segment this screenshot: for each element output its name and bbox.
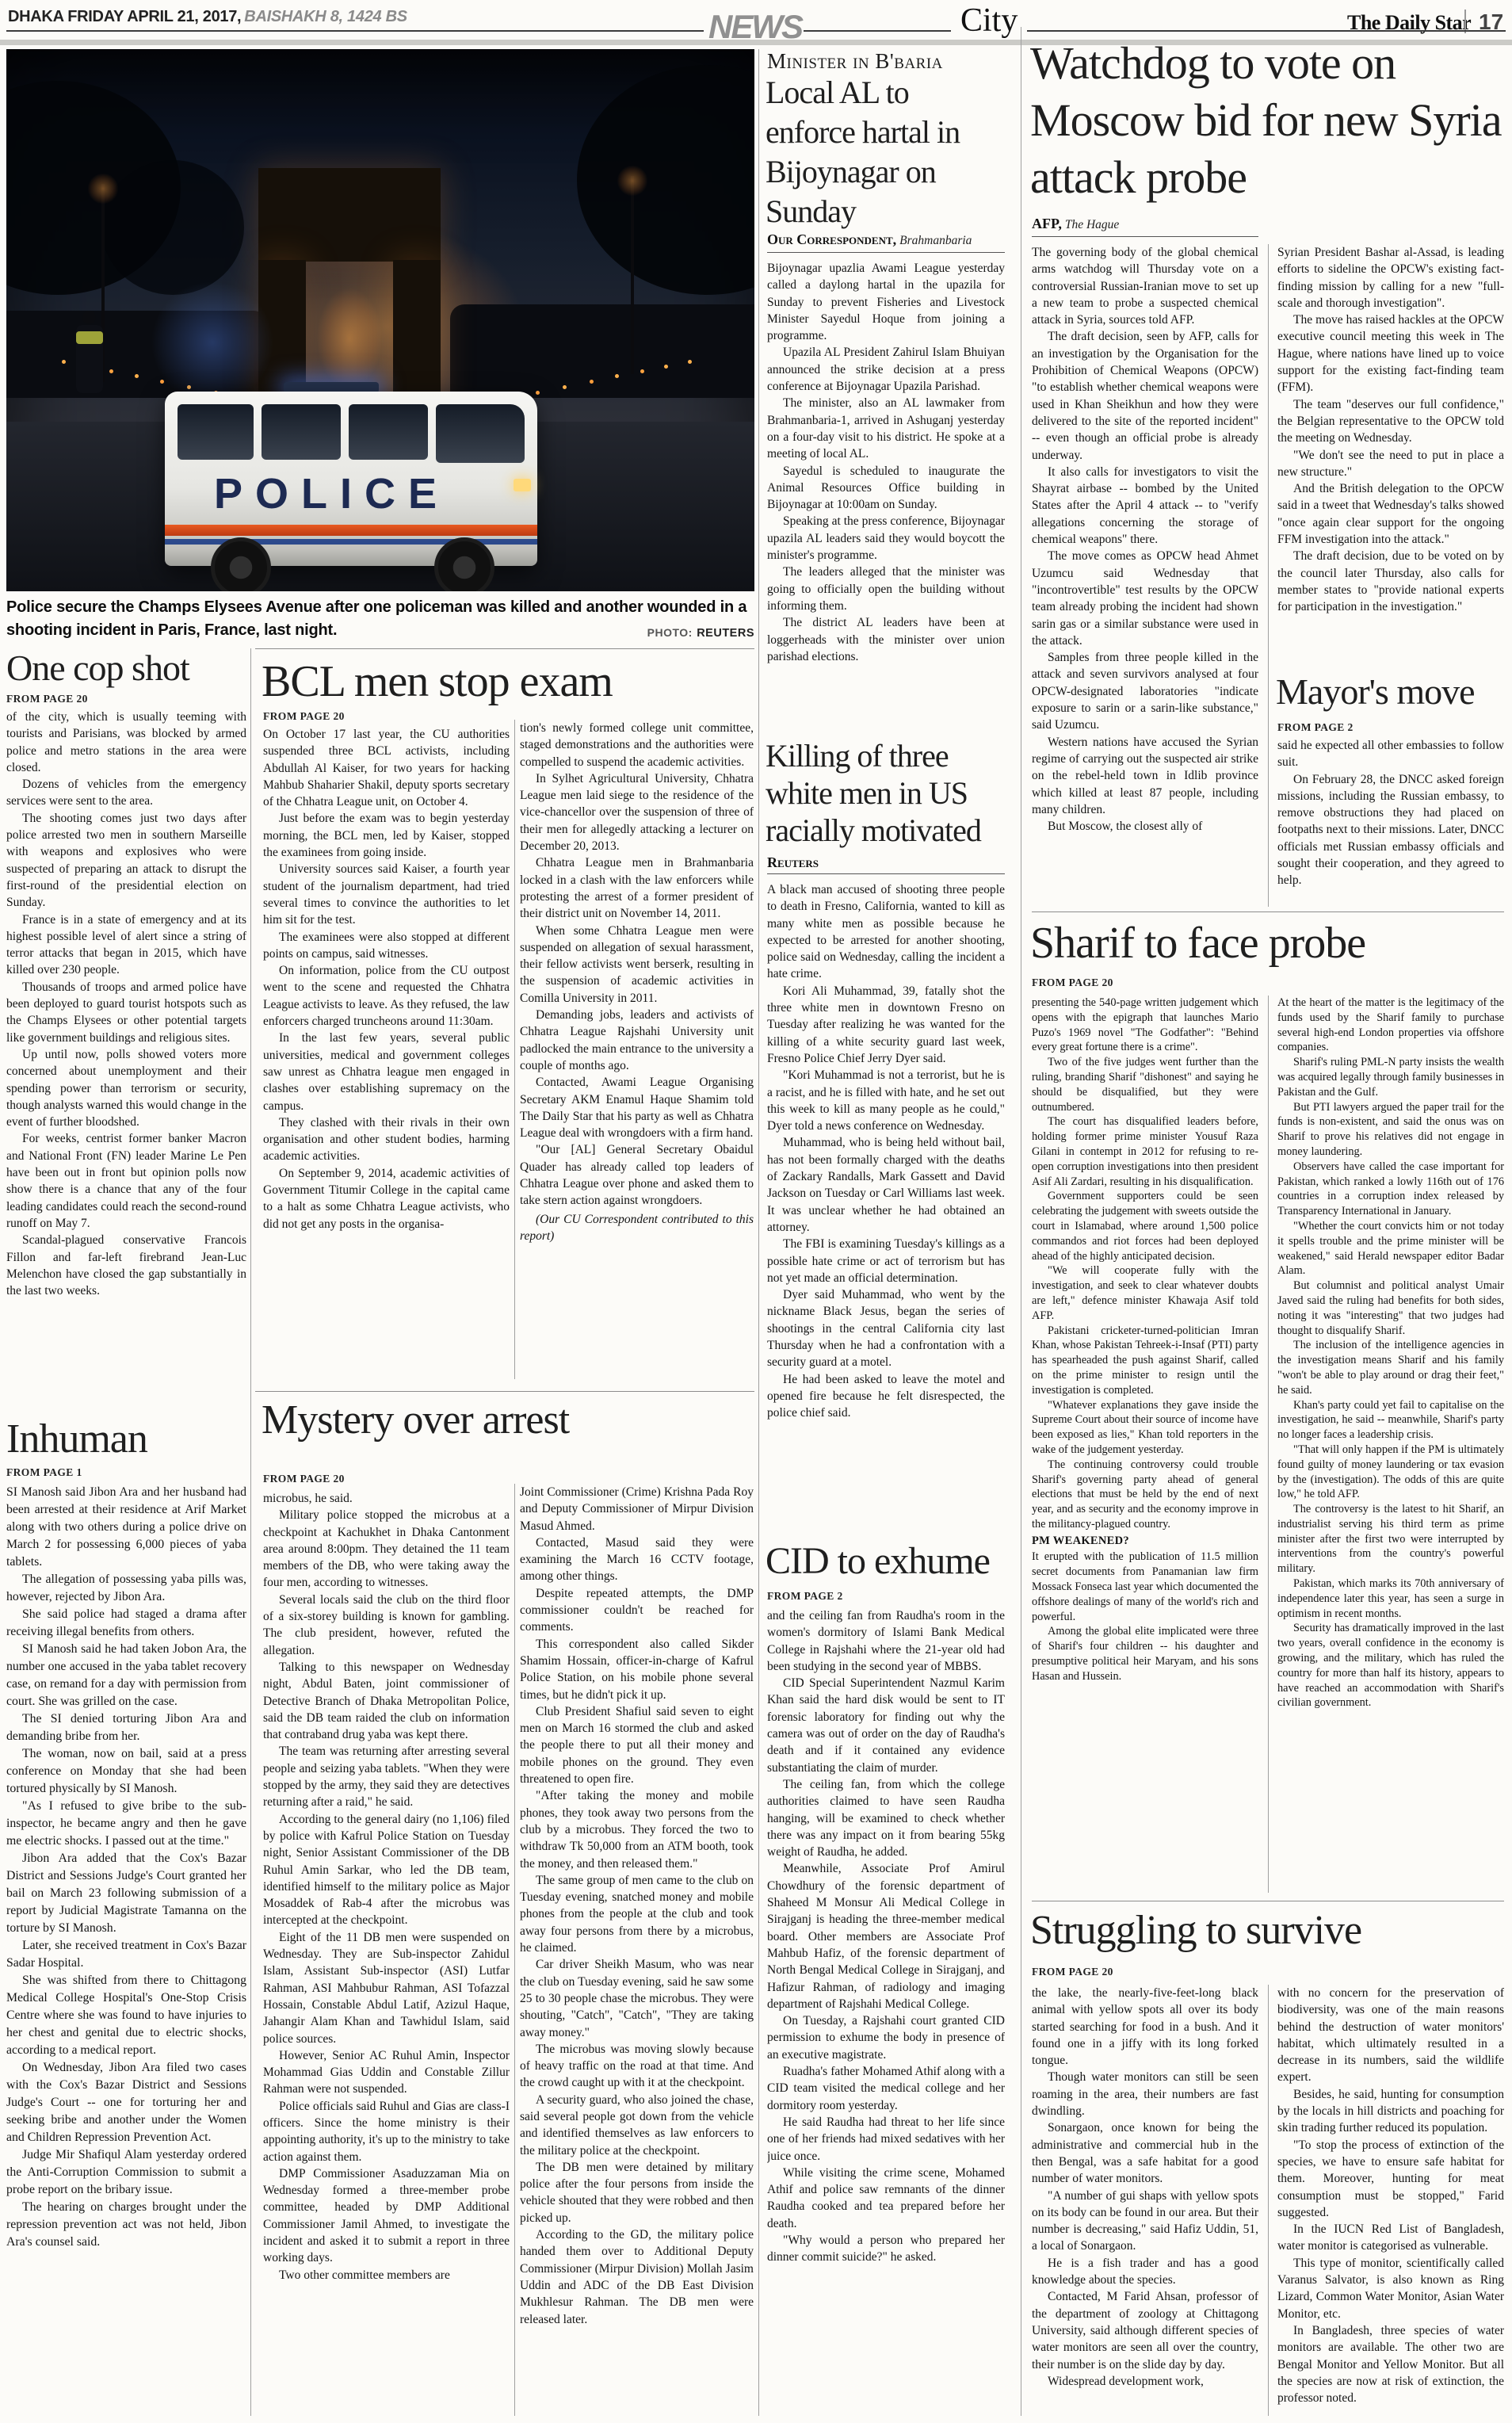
paragraph: He had been asked to leave the motel and…	[767, 1371, 1005, 1422]
lamp-light	[82, 168, 124, 209]
paragraph: Pakistani cricketer-turned-politician Im…	[1032, 1324, 1258, 1398]
from-page-label: From Page 2	[1277, 721, 1354, 734]
paragraph: She said police had staged a drama after…	[6, 1606, 246, 1641]
van-wheel	[434, 537, 494, 591]
paragraph: When some Chhatra League men were suspen…	[520, 923, 754, 1007]
arc-pillar	[393, 260, 441, 407]
paragraph: The move has raised hackles at the OPCW …	[1277, 311, 1504, 396]
paragraph: Demanding jobs, leaders and activists of…	[520, 1007, 754, 1074]
paragraph: Pakistan, which marks its 70th anniversa…	[1277, 1576, 1504, 1621]
column-rule	[758, 49, 759, 2416]
paragraph: The minister, also an AL lawmaker from B…	[767, 395, 1005, 462]
header-rule	[804, 30, 951, 32]
paragraph: Besides, he said, hunting for consumptio…	[1277, 2086, 1504, 2137]
from-page-label: From Page 20	[6, 693, 88, 705]
paragraph: Several locals said the club on the thir…	[263, 1592, 510, 1659]
paragraph: In Bangladesh, three species of water mo…	[1277, 2322, 1504, 2406]
article-headline-inhuman: Inhuman	[6, 1417, 147, 1462]
photo-caption: Police secure the Champs Elysees Avenue …	[6, 596, 754, 647]
paragraph: Contacted, M Farid Ahsan, professor of t…	[1032, 2288, 1258, 2372]
avenue-lights-right	[688, 360, 692, 364]
article-headline-bcl: BCL men stop exam	[262, 658, 613, 705]
article-body-mystery-col2: Joint Commissioner (Crime) Krishna Pada …	[520, 1484, 754, 2411]
paragraph: Muhammad, who is being held without bail…	[767, 1134, 1005, 1236]
paragraph: While visiting the crime scene, Mohamed …	[767, 2165, 1005, 2232]
paragraph: CID Special Superintendent Nazmul Karim …	[767, 1675, 1005, 1776]
article-headline-killing: Killing of three white men in US raciall…	[766, 737, 1011, 849]
paragraph: The controversy is the latest to hit Sha…	[1277, 1502, 1504, 1576]
paragraph: Scandal-plagued conservative Francois Fi…	[6, 1232, 246, 1299]
article-body-mayors-move: said he expected all other embassies to …	[1277, 737, 1504, 907]
paragraph: Military police stopped the microbus at …	[263, 1507, 510, 1591]
article-body-one-cop-shot: of the city, which is usually teeming wi…	[6, 709, 246, 1412]
paragraph: The examinees were also stopped at diffe…	[263, 929, 510, 963]
paragraph: In the last few years, several public un…	[263, 1030, 510, 1114]
paragraph: But columnist and political analyst Umai…	[1277, 1278, 1504, 1338]
photo-caption-text: Police secure the Champs Elysees Avenue …	[6, 598, 746, 639]
paragraph: Just before the exam was to begin yester…	[263, 810, 510, 861]
article-headline-mayors-move: Mayor's move	[1276, 672, 1475, 712]
paragraph: He said Raudha had threat to her life si…	[767, 2114, 1005, 2165]
paragraph: said he expected all other embassies to …	[1277, 737, 1504, 771]
credit-note: (Our CU Correspondent contributed to thi…	[520, 1211, 754, 1245]
paragraph: "Why would a person who prepared her din…	[767, 2232, 1005, 2266]
paragraph: "After taking the money and mobile phone…	[520, 1787, 754, 1871]
article-headline-watchdog: Watchdog to vote on Moscow bid for new S…	[1030, 35, 1506, 206]
divider	[255, 648, 754, 649]
paragraph: Kori Ali Muhammad, 39, fatally shot the …	[767, 983, 1005, 1067]
from-page-label: From Page 2	[767, 1590, 843, 1603]
article-body-local-al: Bijoynagar upazlia Awami League yesterda…	[767, 260, 1005, 734]
column-rule	[250, 648, 251, 2416]
article-body-inhuman: SI Manosh said Jibon Ara and her husband…	[6, 1484, 246, 2411]
paragraph: Ruadha's father Mohamed Athif along with…	[767, 2063, 1005, 2114]
paragraph: Western nations have accused the Syrian …	[1032, 734, 1258, 818]
paragraph: He is a fish trader and has a good knowl…	[1032, 2255, 1258, 2289]
header-date: DHAKA FRIDAY APRIL 21, 2017, BAISHAKH 8,…	[8, 8, 407, 26]
paragraph: In Sylhet Agricultural University, Chhat…	[520, 770, 754, 854]
van-headlight	[514, 479, 531, 491]
paragraph: Syrian President Bashar al-Assad, is lea…	[1277, 244, 1504, 311]
paragraph: Meanwhile, Associate Prof Amirul Chowdhu…	[767, 1860, 1005, 2012]
paragraph: On September 9, 2014, academic activitie…	[263, 1165, 510, 1233]
paragraph: "As I refused to give bribe to the sub-i…	[6, 1798, 246, 1850]
article-body-mystery-col1: microbus, he said.Military police stoppe…	[263, 1490, 510, 2411]
paragraph: The FBI is examining Tuesday's killings …	[767, 1236, 1005, 1286]
page-title: City	[960, 2, 1018, 40]
paragraph: The microbus was moving slowly because o…	[520, 2041, 754, 2092]
van-wheel	[211, 537, 271, 591]
paragraph: with no concern for the preservation of …	[1277, 1985, 1504, 2086]
column-rule	[1021, 27, 1021, 2416]
paragraph: The SI denied torturing Jibon Ara and de…	[6, 1710, 246, 1745]
column-rule	[514, 720, 515, 1379]
paragraph: microbus, he said.	[263, 1490, 510, 1507]
paragraph: Despite repeated attempts, the DMP commi…	[520, 1585, 754, 1636]
paragraph: Chhatra League men in Brahmanbaria locke…	[520, 854, 754, 922]
paragraph: This type of monitor, scientifically cal…	[1277, 2255, 1504, 2322]
byline: AFP, The Hague	[1032, 216, 1119, 232]
paragraph: The team was returning after arresting s…	[263, 1743, 510, 1810]
column-rule	[514, 1484, 515, 2416]
paragraph: Samples from three people killed in the …	[1032, 649, 1258, 733]
paragraph: The team "deserves our full confidence,"…	[1277, 396, 1504, 447]
photo-skyline	[450, 304, 754, 398]
paragraph: It also calls for investigators to visit…	[1032, 464, 1258, 548]
paragraph: Eight of the 11 DB men were suspended on…	[263, 1929, 510, 2047]
article-body-sharif-col1: presenting the 540-page written judgemen…	[1032, 996, 1258, 1893]
header-rule	[1027, 30, 1506, 32]
paragraph: On February 28, the DNCC asked foreign m…	[1277, 771, 1504, 889]
column-rule	[1268, 1985, 1269, 2416]
photo-credit: PHOTO: REUTERS	[647, 621, 754, 645]
paragraph: In the IUCN Red List of Bangladesh, wate…	[1277, 2221, 1504, 2255]
paragraph: "Whatever explanations they gave inside …	[1032, 1398, 1258, 1458]
paragraph: "To stop the process of extinction of th…	[1277, 2137, 1504, 2221]
article-headline-cid: CID to exhume	[766, 1541, 990, 1582]
from-page-label: From Page 1	[6, 1466, 82, 1479]
paragraph: Club President Shafiul said seven to eig…	[520, 1703, 754, 1787]
paragraph: The hearing on charges brought under the…	[6, 2199, 246, 2251]
header-rule	[6, 30, 704, 32]
paragraph: On information, police from the CU outpo…	[263, 962, 510, 1030]
from-page-label: From Page 20	[263, 710, 345, 723]
divider	[255, 1391, 754, 1392]
article-body-cid: and the ceiling fan from Raudha's room i…	[767, 1607, 1005, 2411]
article-headline-struggling: Struggling to survive	[1030, 1909, 1361, 1953]
paragraph: The draft decision, due to be voted on b…	[1277, 548, 1504, 615]
paragraph: They clashed with their rivals in their …	[263, 1114, 510, 1165]
paragraph: At the heart of the matter is the legiti…	[1277, 996, 1504, 1055]
paragraph: Talking to this newspaper on Wednesday n…	[263, 1659, 510, 1743]
paragraph: On October 17 last year, the CU authorit…	[263, 726, 510, 810]
paragraph: Though water monitors can still be seen …	[1032, 2069, 1258, 2119]
paragraph: Contacted, Awami League Organising Secre…	[520, 1074, 754, 1141]
paragraph: Car driver Sheikh Masum, who was near th…	[520, 1956, 754, 2040]
paragraph: Bijoynagar upazlia Awami League yesterda…	[767, 260, 1005, 344]
paragraph: The shooting comes just two days after p…	[6, 810, 246, 911]
article-kicker: Minister in B'baria	[767, 49, 943, 74]
article-body-killing: A black man accused of shooting three pe…	[767, 881, 1005, 1536]
avenue-lights-left	[62, 360, 66, 364]
paragraph: The same group of men came to the club o…	[520, 1872, 754, 1956]
divider	[1032, 1901, 1504, 1901]
paragraph: This correspondent also called Sikder Sh…	[520, 1636, 754, 1703]
arc-de-triomphe	[258, 168, 441, 262]
paragraph: Speaking at the press conference, Bijoyn…	[767, 513, 1005, 564]
article-body-bcl-col1: On October 17 last year, the CU authorit…	[263, 726, 510, 1378]
paragraph: Joint Commissioner (Crime) Krishna Pada …	[520, 1484, 754, 1534]
paragraph: The continuing controversy could trouble…	[1032, 1458, 1258, 1532]
paragraph: The leaders alleged that the minister wa…	[767, 564, 1005, 614]
paragraph: SI Manosh said he had taken Jobon Ara, t…	[6, 1641, 246, 1710]
paragraph: "Whether the court convicts him or not t…	[1277, 1219, 1504, 1278]
paragraph: Jibon Ara added that the Cox's Bazar Dis…	[6, 1850, 246, 1937]
paragraph: The ceiling fan, from which the college …	[767, 1776, 1005, 1860]
paragraph: But PTI lawyers argued the paper trail f…	[1277, 1100, 1504, 1160]
byline-rule	[767, 252, 1005, 253]
paragraph: The governing body of the global chemica…	[1032, 244, 1258, 328]
paragraph: A black man accused of shooting three pe…	[767, 881, 1005, 983]
van-red-stripe	[165, 525, 537, 536]
column-rule	[1268, 996, 1269, 1893]
paragraph: However, Senior AC Ruhul Amin, Inspector…	[263, 2047, 510, 2098]
paragraph: And the British delegation to the OPCW s…	[1277, 480, 1504, 548]
article-body-struggling-col2: with no concern for the preservation of …	[1277, 1985, 1504, 2416]
from-page-label: From Page 20	[1032, 1966, 1113, 1978]
paragraph: SI Manosh said Jibon Ara and her husband…	[6, 1484, 246, 1571]
paragraph: Sayedul is scheduled to inaugurate the A…	[767, 463, 1005, 514]
paragraph: Later, she received treatment in Cox's B…	[6, 1937, 246, 1972]
paragraph: Government supporters could be seen cele…	[1032, 1189, 1258, 1263]
paragraph: "We will cooperate fully with the invest…	[1032, 1263, 1258, 1323]
paragraph: It erupted with the publication of 11.5 …	[1032, 1550, 1258, 1624]
newspaper-page: DHAKA FRIDAY APRIL 21, 2017, BAISHAKH 8,…	[0, 0, 1512, 2423]
article-headline-one-cop-shot: One cop shot	[6, 648, 189, 688]
paragraph: Police officials said Ruhul and Gias are…	[263, 2098, 510, 2165]
police-officer-vest	[76, 331, 103, 344]
police-officer	[82, 311, 96, 324]
van-window	[349, 404, 428, 460]
paragraph: Two of the five judges went further than…	[1032, 1055, 1258, 1114]
paragraph: For weeks, centrist former banker Macron…	[6, 1130, 246, 1232]
article-body-watchdog-col2: Syrian President Bashar al-Assad, is lea…	[1277, 244, 1504, 667]
article-body-struggling-col1: the lake, the nearly-five-feet-long blac…	[1032, 1985, 1258, 2416]
byline-rule	[1032, 236, 1258, 237]
paragraph: Khan's party could yet fail to capitalis…	[1277, 1398, 1504, 1443]
paragraph: "Kori Muhammad is not a terrorist, but h…	[767, 1067, 1005, 1134]
paragraph: Judge Mir Shafiqul Alam yesterday ordere…	[6, 2146, 246, 2199]
paragraph: Upazila AL President Zahirul Islam Bhuiy…	[767, 344, 1005, 395]
paragraph: According to the general dairy (no 1,106…	[263, 1811, 510, 1929]
paragraph: Widespread development work,	[1032, 2373, 1258, 2390]
paragraph: "We don't see the need to put in place a…	[1277, 447, 1504, 481]
news-photo: POLICE	[6, 49, 754, 591]
article-headline-sharif: Sharif to face probe	[1030, 919, 1365, 967]
paragraph: Up until now, polls showed voters more c…	[6, 1046, 246, 1130]
paragraph: Contacted, Masud said they were examinin…	[520, 1534, 754, 1585]
paragraph: Sonargaon, once known for being the admi…	[1032, 2119, 1258, 2187]
van-police-text: POLICE	[214, 469, 449, 518]
byline-rule	[767, 873, 1005, 874]
article-subhead: PM WEAKENED?	[1032, 1534, 1258, 1549]
from-page-label: From Page 20	[1032, 976, 1113, 989]
paragraph: A security guard, who also joined the ch…	[520, 2092, 754, 2159]
paragraph: Dyer said Muhammad, who went by the nick…	[767, 1286, 1005, 1370]
paragraph: Two other committee members are	[263, 2267, 510, 2284]
van-window	[178, 404, 254, 460]
paragraph: tion's newly formed college unit committ…	[520, 720, 754, 770]
column-rule	[1268, 244, 1269, 907]
paragraph: According to the GD, the military police…	[520, 2226, 754, 2328]
paragraph: The inclusion of the intelligence agenci…	[1277, 1338, 1504, 1397]
paragraph: "That will only happen if the PM is ulti…	[1277, 1443, 1504, 1502]
byline: Our Correspondent, Brahmanbaria	[767, 231, 972, 248]
paragraph: Among the global elite implicated were t…	[1032, 1624, 1258, 1683]
police-van: POLICE	[165, 392, 537, 566]
date-text: DHAKA FRIDAY APRIL 21, 2017,	[8, 8, 241, 25]
paragraph: The woman, now on bail, said at a press …	[6, 1745, 246, 1798]
paragraph: The move comes as OPCW head Ahmet Uzumcu…	[1032, 548, 1258, 649]
paragraph: Thousands of troops and armed police hav…	[6, 979, 246, 1046]
paragraph: The DB men were detained by military pol…	[520, 2159, 754, 2226]
paragraph: The draft decision, seen by AFP, calls f…	[1032, 328, 1258, 463]
paragraph: She was shifted from there to Chittagong…	[6, 1972, 246, 2059]
paragraph: France is in a state of emergency and at…	[6, 911, 246, 979]
article-body-bcl-col2: tion's newly formed college unit committ…	[520, 720, 754, 1379]
paragraph: The court has disqualified leaders befor…	[1032, 1114, 1258, 1189]
lamp-light	[612, 160, 653, 201]
paragraph: "A number of gui shaps with yellow spots…	[1032, 2188, 1258, 2255]
paragraph: "Our [AL] General Secretary Obaidul Quad…	[520, 1141, 754, 1209]
paragraph: But Moscow, the closest ally of	[1032, 818, 1258, 835]
paragraph: Dozens of vehicles from the emergency se…	[6, 776, 246, 810]
divider	[1032, 911, 1504, 912]
article-headline-local-al: Local AL to enforce hartal in Bijoynagar…	[766, 73, 1003, 231]
lamp-pole	[631, 176, 634, 374]
article-body-sharif-col2: At the heart of the matter is the legiti…	[1277, 996, 1504, 1893]
from-page-label: From Page 20	[263, 1473, 345, 1485]
van-windshield	[436, 404, 525, 463]
byline: Reuters	[767, 854, 819, 871]
paragraph: the lake, the nearly-five-feet-long blac…	[1032, 1985, 1258, 2069]
paragraph: DMP Commissioner Asaduzzaman Mia on Wedn…	[263, 2165, 510, 2267]
article-headline-mystery: Mystery over arrest	[262, 1398, 569, 1443]
paragraph: of the city, which is usually teeming wi…	[6, 709, 246, 776]
paragraph: presenting the 540-page written judgemen…	[1032, 996, 1258, 1055]
paragraph: Security has dramatically improved in th…	[1277, 1621, 1504, 1710]
paragraph: University sources said Kaiser, a fourth…	[263, 861, 510, 928]
article-body-watchdog-col1: The governing body of the global chemica…	[1032, 244, 1258, 907]
calendar-date-text: BAISHAKH 8, 1424 BS	[244, 8, 407, 25]
paragraph: On Tuesday, a Rajshahi court granted CID…	[767, 2012, 1005, 2063]
paragraph: The district AL leaders have been at log…	[767, 614, 1005, 665]
paragraph: Observers have called the case important…	[1277, 1160, 1504, 1219]
paragraph: Sharif's ruling PML-N party insists the …	[1277, 1055, 1504, 1099]
paragraph: On Wednesday, Jibon Ara filed two cases …	[6, 2059, 246, 2146]
tree-silhouette	[577, 65, 754, 295]
paragraph: The allegation of possessing yaba pills …	[6, 1571, 246, 1606]
van-window	[262, 404, 341, 460]
paragraph: and the ceiling fan from Raudha's room i…	[767, 1607, 1005, 1675]
